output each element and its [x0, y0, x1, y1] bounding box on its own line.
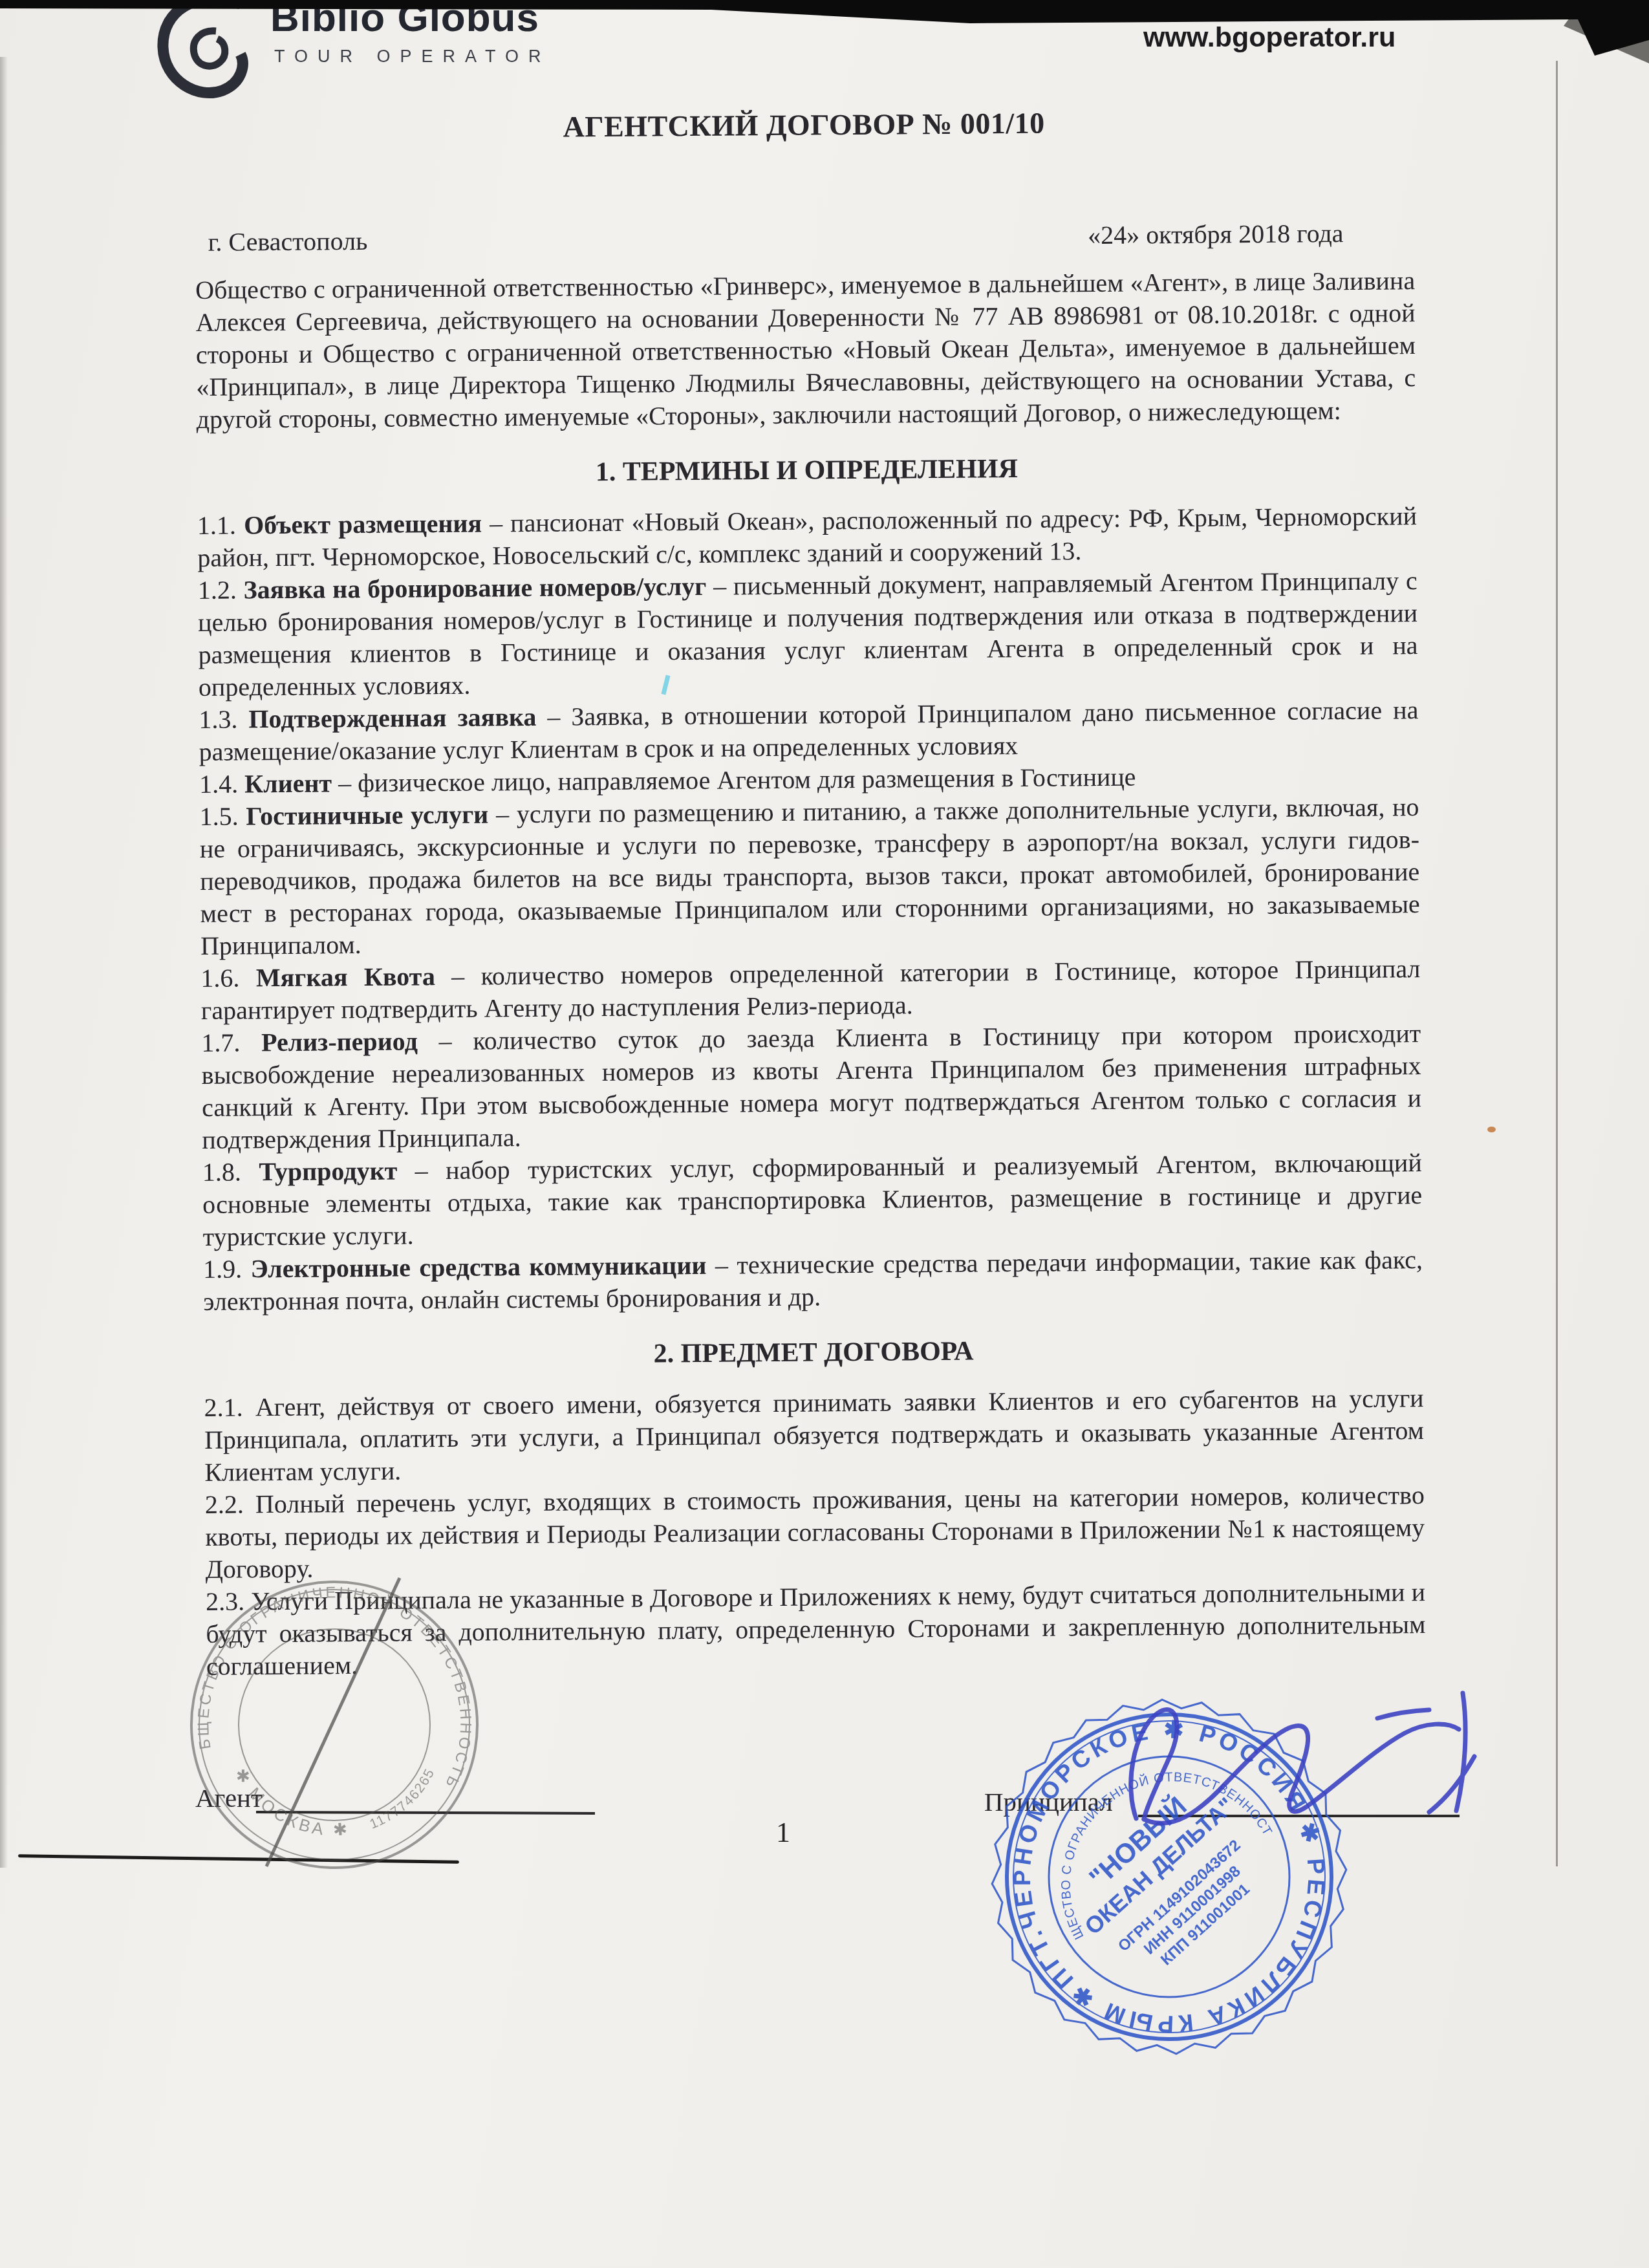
clause-term: Заявка на бронирование номеров/услуг	[243, 572, 706, 605]
contract-city: г. Севастополь	[195, 225, 367, 259]
contract-body: АГЕНТСКИЙ ДОГОВОР № 001/10 г. Севастопол…	[194, 104, 1426, 1683]
section-heading-terms: 1. ТЕРМИНЫ И ОПРЕДЕЛЕНИЯ	[197, 449, 1416, 491]
clause-number: 1.9.	[203, 1254, 242, 1283]
principal-company-stamp: ПГТ.ЧЕРНОМОРСКОЕ ✱ РОССИЯ ✱ РЕСПУБЛИКА К…	[975, 1683, 1363, 2071]
scan-fold-line	[1556, 61, 1558, 1866]
agent-signature-line	[256, 1811, 595, 1815]
contract-preamble: Общество с ограниченной ответственностью…	[195, 265, 1416, 436]
principal-signature	[1131, 1693, 1474, 1823]
agent-stamp-company-name: «Гринверс»	[182, 1683, 486, 1767]
clause-text: Агент, действуя от своего имени, обязует…	[204, 1383, 1424, 1487]
scan-ink-speck-orange	[1487, 1127, 1496, 1132]
scan-stray-line	[18, 1854, 459, 1864]
clause-term: Релиз-период	[261, 1026, 418, 1057]
principal-signature-label: Принципал	[984, 1786, 1113, 1817]
clause-term: Подтвержденная заявка	[248, 702, 536, 733]
clause-1-6: 1.6. Мягкая Квота – количество номеров о…	[200, 953, 1421, 1027]
clause-term: Электронные средства коммуникации	[250, 1251, 706, 1284]
website-url: www.bgoperator.ru	[1143, 22, 1396, 54]
clause-text: Полный перечень услуг, входящих в стоимо…	[205, 1480, 1425, 1584]
clause-number: 1.4.	[199, 769, 238, 798]
principal-stamp-ogrn: ОГРН 1149102043672	[1115, 1837, 1244, 1956]
clause-number: 2.2.	[205, 1489, 244, 1518]
clause-1-5: 1.5. Гостиничные услуги – услуги по разм…	[199, 791, 1420, 962]
agent-stamp-ogrn-number: 1177746265948	[313, 1712, 445, 1841]
contract-date: «24» октября 2018 года	[1088, 217, 1415, 252]
clause-2-3: 2.3. Услуги Принципала не указанные в До…	[206, 1576, 1426, 1683]
svg-text:ОБЩЕСТВО С ОГРАНИЧЕННОЙ ОТВЕТС: ОБЩЕСТВО С ОГРАНИЧЕННОЙ ОТВЕТСТВЕННОСТЬЮ	[1018, 1730, 1277, 1942]
clause-term: Объект размещения	[244, 509, 482, 540]
svg-text:ПГТ.ЧЕРНОМОРСКОЕ ✱ РОССИЯ ✱ РЕ: ПГТ.ЧЕРНОМОРСКОЕ ✱ РОССИЯ ✱ РЕСПУБЛИКА К…	[975, 1683, 1363, 2071]
contract-meta-row: г. Севастополь «24» октября 2018 года	[195, 217, 1414, 259]
clause-term: Мягкая Квота	[256, 962, 435, 992]
clause-text: – физическое лицо, направляемое Агентом …	[332, 762, 1136, 798]
clause-1-2: 1.2. Заявка на бронирование номеров/услу…	[198, 565, 1419, 704]
clause-1-1: 1.1. Объект размещения – пансионат «Новы…	[197, 500, 1417, 574]
svg-text:1177746265948: 1177746265948	[313, 1712, 445, 1841]
scanned-contract-page: Biblio Globus TOUR OPERATOR www.bgoperat…	[0, 0, 1649, 2268]
clause-number: 1.3.	[199, 705, 237, 734]
principal-stamp-inn: ИНН 9110001998	[1141, 1863, 1244, 1958]
clause-term: Клиент	[244, 768, 332, 798]
principal-stamp-inner-ring-text: ОБЩЕСТВО С ОГРАНИЧЕННОЙ ОТВЕТСТВЕННОСТЬЮ	[1018, 1730, 1277, 1942]
clause-1-3: 1.3. Подтвержденная заявка – Заявка, в о…	[199, 694, 1419, 768]
clause-number: 1.7.	[201, 1028, 240, 1057]
scan-edge-left	[0, 57, 8, 1868]
clause-number: 2.1.	[204, 1392, 243, 1421]
agent-signature-label: Агент	[195, 1782, 263, 1813]
clause-number: 1.1.	[197, 511, 236, 540]
clause-term: Турпродукт	[259, 1156, 397, 1187]
clause-number: 1.5.	[199, 801, 238, 830]
clause-2-1: 2.1. Агент, действуя от своего имени, об…	[204, 1382, 1425, 1489]
clause-number: 1.6.	[200, 963, 239, 992]
page-number: 1	[776, 1816, 790, 1849]
logo-subtitle: TOUR OPERATOR	[274, 47, 551, 67]
clause-1-7: 1.7. Релиз-период – количество суток до …	[201, 1017, 1422, 1156]
biblio-globus-logo-icon	[144, 0, 266, 102]
principal-signature-line	[1138, 1815, 1460, 1817]
clause-number: 1.2.	[198, 576, 237, 605]
section-heading-subject: 2. ПРЕДМЕТ ДОГОВОРА	[204, 1332, 1423, 1374]
clause-2-2: 2.2. Полный перечень услуг, входящих в с…	[205, 1479, 1425, 1586]
clause-number: 2.3.	[206, 1586, 244, 1615]
principal-stamp-outer-ring-text: ПГТ.ЧЕРНОМОРСКОЕ ✱ РОССИЯ ✱ РЕСПУБЛИКА К…	[975, 1683, 1363, 2071]
clause-term: Гостиничные услуги	[246, 799, 488, 830]
clause-1-8: 1.8. Турпродукт – набор туристских услуг…	[202, 1147, 1423, 1253]
clause-number: 1.8.	[202, 1157, 241, 1186]
principal-stamp-kpp: КПП 911001001	[1158, 1881, 1253, 1969]
clause-1-9: 1.9. Электронные средства коммуникации –…	[203, 1244, 1423, 1318]
contract-title: АГЕНТСКИЙ ДОГОВОР № 001/10	[194, 104, 1414, 146]
clause-text: Услуги Принципала не указанные в Договор…	[206, 1577, 1425, 1681]
